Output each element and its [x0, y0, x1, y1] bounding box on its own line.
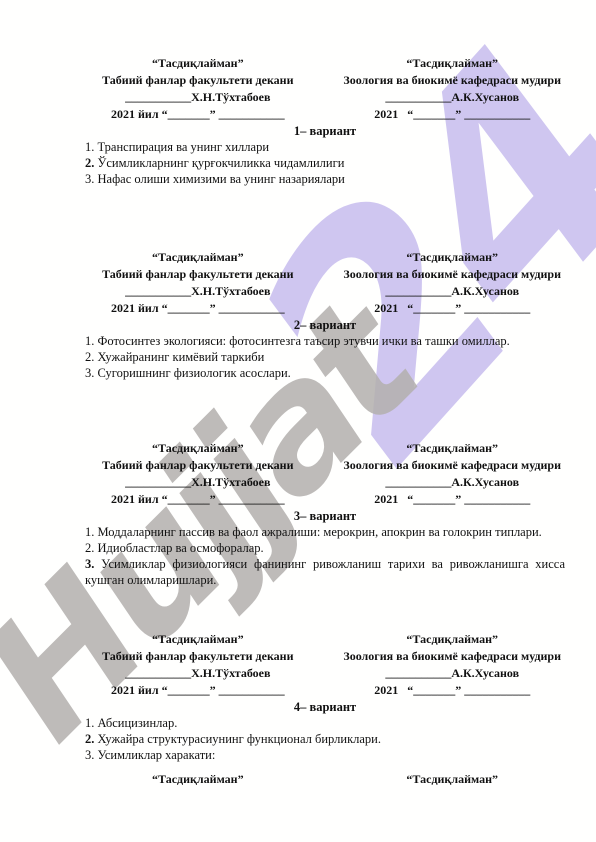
approval-date-left: 2021 йил “_______” ___________	[85, 682, 311, 699]
question-text: Моддаларнинг пассив ва фаол ажралиши: ме…	[98, 525, 542, 539]
approval-role-left: Табиий фанлар факультети декани	[85, 457, 311, 474]
question: 1. Моддаларнинг пассив ва фаол ажралиши:…	[85, 524, 565, 540]
question-number: 3.	[85, 172, 94, 186]
approval-date-right: 2021 “_______” ___________	[339, 300, 565, 317]
variant-2-section: “Тасдиқлайман” Табиий фанлар факультети …	[85, 249, 565, 381]
question-number: 2.	[85, 350, 94, 364]
variant-3-section: “Тасдиқлайман” Табиий фанлар факультети …	[85, 440, 565, 588]
question-text: Хужайранинг кимёвий таркиби	[98, 350, 265, 364]
question-text: Транспирация ва унинг хиллари	[98, 140, 270, 154]
approval-title-right: “Тасдиқлайман”	[339, 771, 565, 788]
footer-approval-header: “Тасдиқлайман” “Тасдиқлайман”	[85, 771, 565, 788]
approval-title-right: “Тасдиқлайман”	[339, 55, 565, 72]
approval-right-column: “Тасдиқлайман” Зоология ва биокимё кафед…	[339, 440, 565, 508]
question-number: 3.	[85, 557, 94, 571]
variant-3-questions: 1. Моддаларнинг пассив ва фаол ажралиши:…	[85, 524, 565, 588]
question: 3. Усимликлар физиологияси фанининг риво…	[85, 556, 565, 588]
approval-header: “Тасдиқлайман” Табиий фанлар факультети …	[85, 440, 565, 508]
question-text: Сугоришнинг физиологик асослари.	[98, 366, 291, 380]
approval-role-right: Зоология ва биокимё кафедраси мудири	[339, 648, 565, 665]
question-text: Усимликлар физиологияси фанининг ривожла…	[85, 557, 565, 587]
variant-1-heading: 1– вариант	[85, 123, 565, 139]
approval-signature-left: ___________Х.Н.Тўхтабоев	[85, 665, 311, 682]
question-number: 3.	[85, 366, 94, 380]
approval-signature-left: ___________Х.Н.Тўхтабоев	[85, 89, 311, 106]
approval-signature-right: ___________А.К.Хусанов	[339, 665, 565, 682]
approval-right-column: “Тасдиқлайман” Зоология ва биокимё кафед…	[339, 249, 565, 317]
question: 2. Ўсимликларнинг қурғокчиликка чидамлил…	[85, 155, 565, 171]
question-number: 1.	[85, 334, 94, 348]
approval-title-left: “Тасдиқлайман”	[85, 55, 311, 72]
question-number: 2.	[85, 156, 94, 170]
approval-date-right: 2021 “_______” ___________	[339, 491, 565, 508]
question-number: 1.	[85, 525, 94, 539]
question-text: Нафас олиши химизими ва унинг назариялар…	[98, 172, 345, 186]
question: 1. Транспирация ва унинг хиллари	[85, 139, 565, 155]
question: 1. Абсицизинлар.	[85, 715, 565, 731]
approval-role-left: Табиий фанлар факультети декани	[85, 72, 311, 89]
question-text: Усимликлар харакати:	[98, 748, 216, 762]
document-page: 24 Hujjat “Тасдиқлайман” Табиий фанлар ф…	[0, 0, 596, 842]
question-text: Идиобластлар ва осмофоралар.	[98, 541, 264, 555]
variant-1-questions: 1. Транспирация ва унинг хиллари 2. Ўсим…	[85, 139, 565, 187]
question-text: Ўсимликларнинг қурғокчиликка чидамлилиги	[98, 156, 345, 170]
approval-title-right: “Тасдиқлайман”	[339, 440, 565, 457]
variant-4-heading: 4– вариант	[85, 699, 565, 715]
question-text: Хужайра структурасиунинг функционал бирл…	[98, 732, 382, 746]
approval-left-column: “Тасдиқлайман” Табиий фанлар факультети …	[85, 55, 311, 123]
document-content: “Тасдиқлайман” Табиий фанлар факультети …	[0, 0, 596, 788]
variant-1-section: “Тасдиқлайман” Табиий фанлар факультети …	[85, 55, 565, 187]
approval-date-right: 2021 “_______” ___________	[339, 106, 565, 123]
approval-title-left: “Тасдиқлайман”	[85, 631, 311, 648]
approval-right-column: “Тасдиқлайман” Зоология ва биокимё кафед…	[339, 55, 565, 123]
variant-3-heading: 3– вариант	[85, 508, 565, 524]
approval-date-left: 2021 йил “_______” ___________	[85, 300, 311, 317]
variant-2-heading: 2– вариант	[85, 317, 565, 333]
question: 2. Идиобластлар ва осмофоралар.	[85, 540, 565, 556]
approval-signature-left: ___________Х.Н.Тўхтабоев	[85, 474, 311, 491]
question: 3. Нафас олиши химизими ва унинг назария…	[85, 171, 565, 187]
approval-left-column: “Тасдиқлайман” Табиий фанлар факультети …	[85, 631, 311, 699]
approval-header: “Тасдиқлайман” Табиий фанлар факультети …	[85, 55, 565, 123]
approval-signature-right: ___________А.К.Хусанов	[339, 283, 565, 300]
variant-4-questions: 1. Абсицизинлар. 2. Хужайра структурасиу…	[85, 715, 565, 763]
footer-approval-right: “Тасдиқлайман”	[339, 771, 565, 788]
approval-left-column: “Тасдиқлайман” Табиий фанлар факультети …	[85, 249, 311, 317]
question: 2. Хужайранинг кимёвий таркиби	[85, 349, 565, 365]
question-text: Фотосинтез экологияси: фотосинтезга таъс…	[98, 334, 510, 348]
approval-title-left: “Тасдиқлайман”	[85, 771, 311, 788]
approval-title-right: “Тасдиқлайман”	[339, 249, 565, 266]
approval-header: “Тасдиқлайман” Табиий фанлар факультети …	[85, 249, 565, 317]
approval-title-left: “Тасдиқлайман”	[85, 440, 311, 457]
approval-role-left: Табиий фанлар факультети декани	[85, 648, 311, 665]
approval-signature-left: ___________Х.Н.Тўхтабоев	[85, 283, 311, 300]
question-number: 1.	[85, 716, 94, 730]
approval-role-left: Табиий фанлар факультети декани	[85, 266, 311, 283]
approval-title-right: “Тасдиқлайман”	[339, 631, 565, 648]
question: 2. Хужайра структурасиунинг функционал б…	[85, 731, 565, 747]
question-number: 1.	[85, 140, 94, 154]
approval-role-right: Зоология ва биокимё кафедраси мудири	[339, 266, 565, 283]
variant-2-questions: 1. Фотосинтез экологияси: фотосинтезга т…	[85, 333, 565, 381]
question: 1. Фотосинтез экологияси: фотосинтезга т…	[85, 333, 565, 349]
footer-approval-left: “Тасдиқлайман”	[85, 771, 311, 788]
approval-signature-right: ___________А.К.Хусанов	[339, 474, 565, 491]
approval-signature-right: ___________А.К.Хусанов	[339, 89, 565, 106]
approval-date-left: 2021 йил “_______” ___________	[85, 106, 311, 123]
approval-date-right: 2021 “_______” ___________	[339, 682, 565, 699]
question: 3. Усимликлар харакати:	[85, 747, 565, 763]
approval-role-right: Зоология ва биокимё кафедраси мудири	[339, 457, 565, 474]
question: 3. Сугоришнинг физиологик асослари.	[85, 365, 565, 381]
variant-4-section: “Тасдиқлайман” Табиий фанлар факультети …	[85, 631, 565, 763]
approval-title-left: “Тасдиқлайман”	[85, 249, 311, 266]
question-number: 3.	[85, 748, 94, 762]
approval-left-column: “Тасдиқлайман” Табиий фанлар факультети …	[85, 440, 311, 508]
approval-role-right: Зоология ва биокимё кафедраси мудири	[339, 72, 565, 89]
question-number: 2.	[85, 541, 94, 555]
approval-header: “Тасдиқлайман” Табиий фанлар факультети …	[85, 631, 565, 699]
question-text: Абсицизинлар.	[98, 716, 178, 730]
approval-date-left: 2021 йил “_______” ___________	[85, 491, 311, 508]
approval-right-column: “Тасдиқлайман” Зоология ва биокимё кафед…	[339, 631, 565, 699]
question-number: 2.	[85, 732, 94, 746]
